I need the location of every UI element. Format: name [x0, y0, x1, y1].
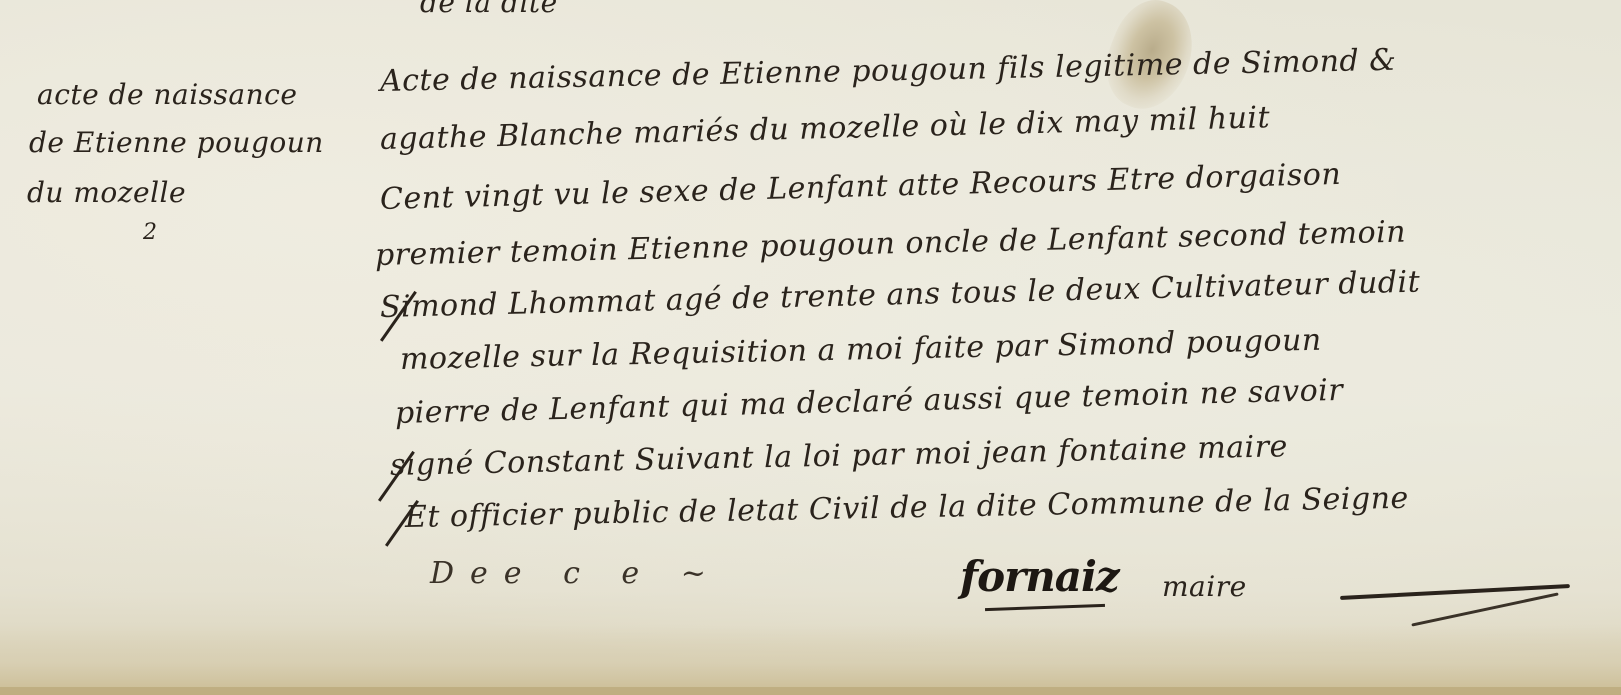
margin-note-line: du mozelle: [27, 176, 186, 209]
mayor-signature: fornaiz: [960, 552, 1119, 601]
closing-flourish: Dee c e ~: [430, 556, 722, 591]
body-line: agathe Blanche mariés du mozelle où le d…: [380, 100, 1271, 157]
body-line: Simond Lhommat agé de trente ans tous le…: [380, 265, 1421, 325]
margin-note-line: de Etienne pougoun: [29, 126, 324, 159]
body-line: mozelle sur la Requisition a moi faite p…: [400, 323, 1322, 377]
body-line: premier temoin Etienne pougoun oncle de …: [375, 215, 1407, 273]
body-line: signé Constant Suivant la loi par moi je…: [390, 429, 1289, 483]
body-line: Et officier public de letat Civil de la …: [405, 481, 1409, 535]
header-fragment: de la dite: [420, 0, 558, 19]
body-line: Acte de naissance de Etienne pougoun fil…: [380, 43, 1397, 99]
body-line: Cent vingt vu le sexe de Lenfant atte Re…: [380, 157, 1342, 217]
signature-title: maire: [1162, 570, 1247, 603]
document-page: de la dite acte de naissance de Etienne …: [0, 0, 1621, 695]
body-line: pierre de Lenfant qui ma declaré aussi q…: [395, 373, 1344, 431]
margin-note-number: 2: [143, 220, 158, 245]
signature-underline: [985, 604, 1105, 611]
paraph-tail-stroke: [1411, 592, 1558, 626]
page-bottom-edge: [0, 625, 1621, 695]
margin-note-line: acte de naissance: [37, 78, 297, 111]
page-binding-strip: [0, 687, 1621, 695]
